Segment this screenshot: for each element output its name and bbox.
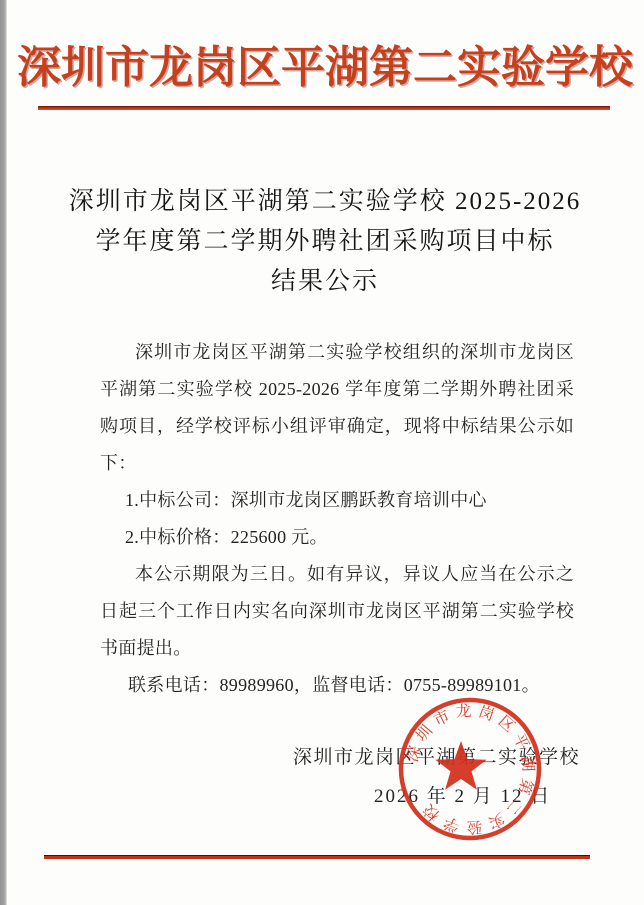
intro-paragraph: 深圳市龙岗区平湖第二实验学校组织的深圳市龙岗区平湖第二实验学校 2025-202…: [100, 334, 574, 482]
letterhead-divider-rule: [38, 106, 610, 110]
stamp-star-icon: [435, 741, 486, 790]
title-line-3: 结果公示: [50, 262, 600, 302]
scanner-edge-shadow: [0, 0, 7, 905]
award-price-label: 2.中标价格：: [125, 527, 231, 547]
title-line-2: 学年度第二学期外聘社团采购项目中标: [50, 222, 600, 262]
award-company-item: 1.中标公司：深圳市龙岗区鹏跃教育培训中心: [125, 482, 574, 519]
official-stamp: 深圳市龙岗区平湖第二实验学校: [395, 695, 547, 845]
award-company-label: 1.中标公司：: [125, 490, 231, 510]
award-company-value: 深圳市龙岗区鹏跃教育培训中心: [231, 490, 487, 510]
title-line-1: 深圳市龙岗区平湖第二实验学校 2025-2026: [50, 182, 600, 222]
award-price-item: 2.中标价格：225600 元。: [125, 519, 574, 556]
footer-divider-rule: [44, 855, 590, 859]
objection-paragraph: 本公示期限为三日。如有异议，异议人应当在公示之日起三个工作日内实名向深圳市龙岗区…: [100, 556, 574, 667]
award-price-value: 225600 元。: [231, 527, 328, 547]
letterhead-school-name: 深圳市龙岗区平湖第二实验学校: [12, 40, 638, 96]
document-body: 深圳市龙岗区平湖第二实验学校组织的深圳市龙岗区平湖第二实验学校 2025-202…: [100, 334, 574, 704]
scanned-document-page: 深圳市龙岗区平湖第二实验学校 深圳市龙岗区平湖第二实验学校 2025-2026 …: [0, 0, 644, 905]
document-title: 深圳市龙岗区平湖第二实验学校 2025-2026 学年度第二学期外聘社团采购项目…: [50, 182, 600, 302]
